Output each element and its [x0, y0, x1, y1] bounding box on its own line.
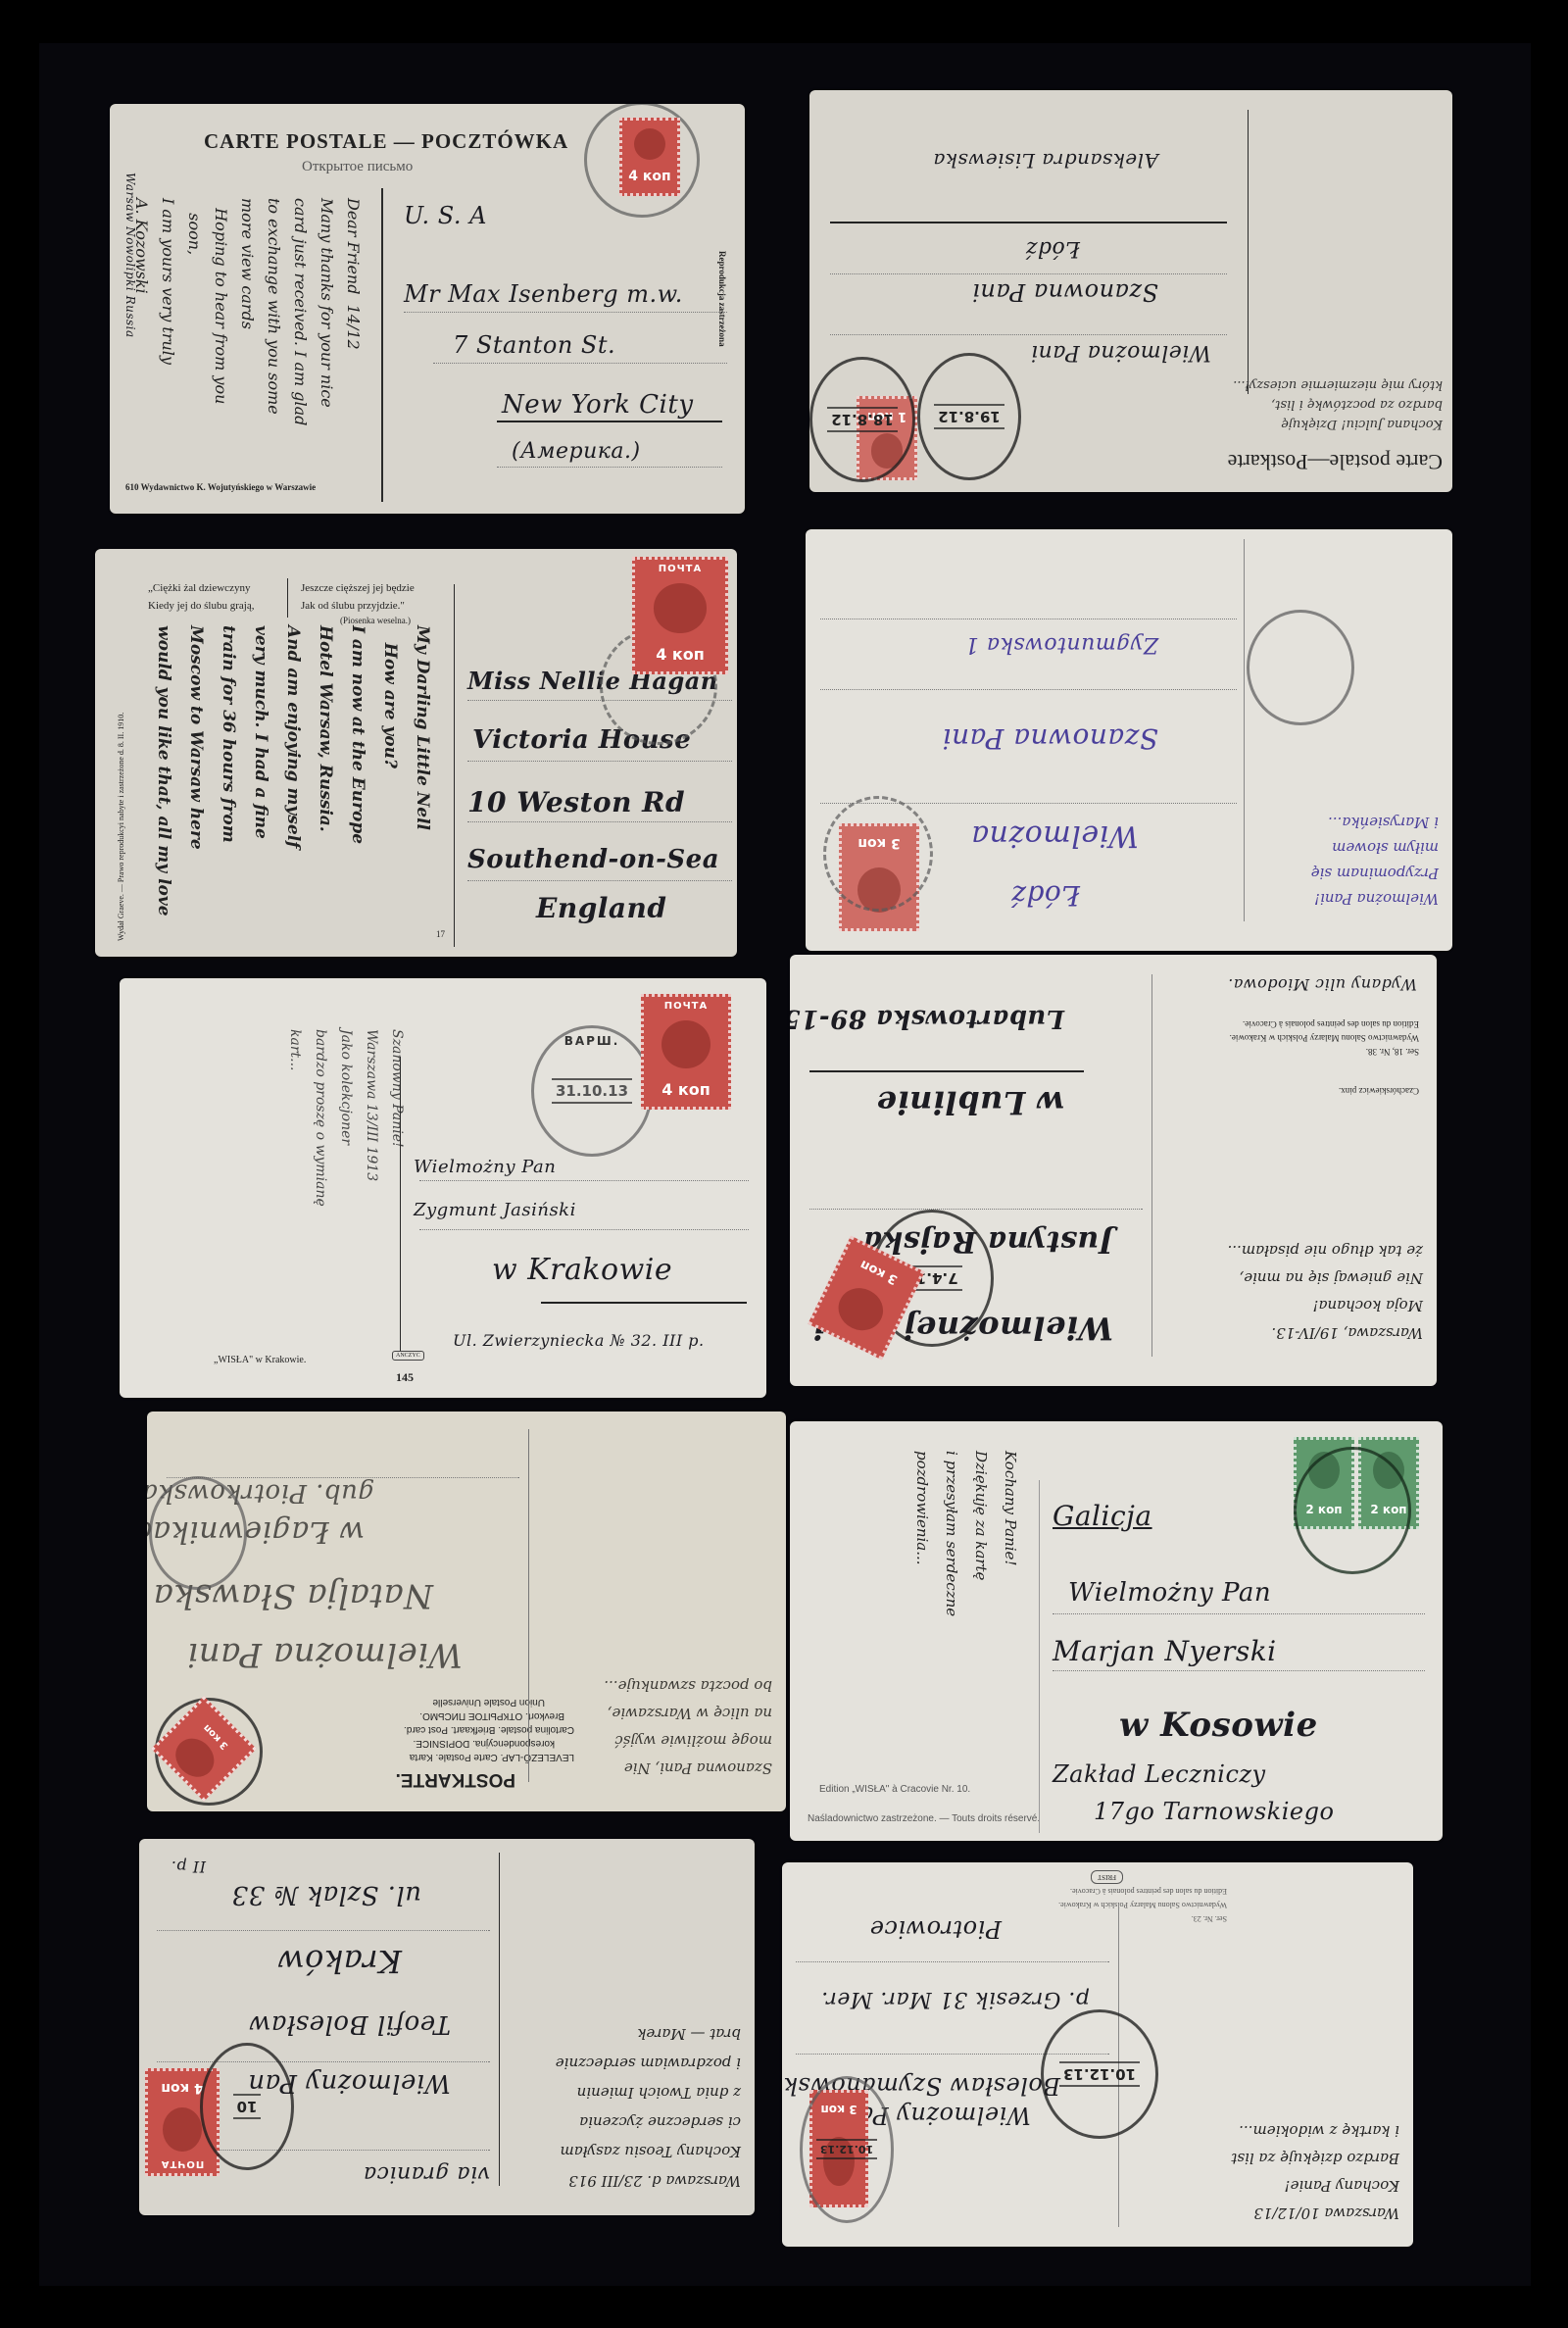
- printed-edition: Edition du salon des peintres polonais à…: [1243, 1019, 1419, 1029]
- side-print: Reprodukcja zastrzeżona: [717, 251, 727, 347]
- address-line-1: Wielmożna Pani: [1031, 340, 1211, 365]
- postcard-3: „Ciężki żal dziewczyny Kiedy jej do ślub…: [95, 549, 737, 957]
- address-line-4: Ul. Zwierzyniecka № 32. III p.: [453, 1331, 705, 1350]
- address-line: [1053, 1670, 1425, 1671]
- address-line-3: w Lublinie: [876, 1084, 1064, 1121]
- address-line: [830, 334, 1227, 335]
- eagle-emblem-icon: [832, 1281, 890, 1337]
- handwritten-message: Szanowna Pani, Nie mogę możliwie wyjść n…: [604, 1672, 772, 1782]
- address-region: (Америка.): [512, 439, 641, 464]
- card-header: CARTE POSTALE — POCZTÓWKA: [204, 129, 568, 154]
- stamp-value: 4 коп: [656, 642, 705, 671]
- card-header: POSTKARTE.: [396, 1768, 515, 1790]
- postcard-5: Szanowny Panie! Warszawa 13/III 1913 Jak…: [120, 978, 766, 1398]
- card-divider: [454, 584, 455, 947]
- address-street: 7 Stanton St.: [453, 331, 615, 359]
- portrait-icon: [661, 1020, 710, 1068]
- address-line-2: Teofil Bolesław: [249, 2009, 451, 2039]
- address-line: [541, 1302, 747, 1304]
- eagle-emblem-icon: [634, 128, 665, 161]
- card-divider: [528, 1429, 529, 1782]
- address-line-4: Zakład Leczniczy: [1053, 1760, 1266, 1788]
- address-line-3: w Kosowie: [1119, 1706, 1318, 1745]
- postmark-2: 19.8.12: [917, 353, 1021, 480]
- postmark-date: 18.8.12: [827, 407, 898, 432]
- address-line-2: Szanowna Pani: [972, 278, 1158, 306]
- address-name: Mr Max Isenberg m.w.: [404, 280, 683, 308]
- address-line: [467, 880, 732, 881]
- quote-source: (Piosenka weselna.): [340, 616, 411, 625]
- postcard-4: Wielmożna Pani! Przypominam się miłym sł…: [806, 529, 1452, 951]
- address-line-2: Zygmunt Jasiński: [414, 1200, 576, 1220]
- corner-note: Wydany ulic Miodowa.: [1228, 975, 1417, 994]
- stamp-value: 4 коп: [161, 2071, 203, 2101]
- postcard-2: Carte postale—Postkarte Kochana Julciu! …: [809, 90, 1452, 492]
- address-country: Galicja: [1053, 1500, 1152, 1532]
- postmark-1: 10.12.13: [800, 2076, 894, 2223]
- postmark-date: 10: [233, 2094, 262, 2119]
- stamp-value: 4 коп: [661, 1077, 710, 1107]
- handwritten-message: Dear Friend 14/12 Many thanks for your n…: [128, 198, 367, 425]
- postage-stamp: 4 коп: [619, 118, 680, 196]
- quote-left-2: Kiedy jej do ślubu grają,: [148, 600, 254, 612]
- postcard-6: Ser. 18, Nr. 38. Wydawnictwo Salonu Mala…: [790, 955, 1437, 1386]
- quote-right-1: Jeszcze cięższej jej będzie: [301, 582, 415, 594]
- printed-publisher: Wydawnictwo Salonu Malarzy Polskich w Kr…: [1058, 1901, 1227, 1909]
- address-line-4: Aleksandra Lisiewska: [933, 149, 1158, 173]
- postmark-date: 31.10.13: [552, 1078, 632, 1104]
- address-line: [419, 1229, 749, 1230]
- postmark-city: ВАРШ.: [534, 1034, 650, 1048]
- postmark: 10: [200, 2043, 294, 2170]
- address-line: [433, 363, 727, 364]
- address-street: 10 Weston Rd: [467, 786, 685, 818]
- card-subheader: Открытое письмо: [302, 159, 413, 175]
- postmark-date: 19.8.12: [934, 404, 1004, 429]
- handwritten-message: Kochany Panie! Dziękuję za kartę i przes…: [907, 1451, 1025, 1616]
- address-line-3: Szanowna Pani: [942, 722, 1158, 755]
- margin-note: Warsaw Nowolipki Russia: [123, 173, 137, 338]
- postcard-7: POSTKARTE. LEVELEZŐ-LAP. Carte Postale. …: [147, 1412, 786, 1811]
- portrait-icon: [654, 583, 706, 632]
- address-line: [796, 1961, 1109, 1962]
- handwritten-message: Warszawa, 19/IV-13. Moja kochana! Nie gn…: [1228, 1237, 1423, 1347]
- publisher-line: Edition „WISŁA" à Cracovie Nr. 10.: [819, 1784, 970, 1795]
- address-city: New York City: [502, 390, 694, 420]
- card-number: 17: [436, 929, 445, 939]
- card-header: Carte postale—Postkarte: [1228, 449, 1443, 474]
- postmark-1: [823, 796, 933, 912]
- printed-series: Ser. Nr. 23.: [1192, 1914, 1227, 1923]
- handwritten-message: Wielmożna Pani! Przypominam się miłym sł…: [1311, 810, 1439, 912]
- upu-line-1: LEVELEZŐ-LAP. Carte Postale. Karta: [410, 1752, 574, 1762]
- publisher-line: „WISŁA" w Krakowie.: [214, 1355, 306, 1365]
- postmark-2: 10.12.13: [1041, 2009, 1158, 2139]
- address-line-4: Piotrowice: [869, 1915, 1002, 1943]
- printed-edition: Edition du salon des peintres polonais à…: [1070, 1887, 1227, 1896]
- postmark: ВАРШ.31.10.13: [531, 1025, 653, 1157]
- address-line: [497, 467, 722, 468]
- quote-right-2: Jak od ślubu przyjdzie.": [301, 600, 405, 612]
- address-line-1: Wielmożny Pan: [414, 1157, 556, 1177]
- address-line-4: Zygmuntowska 1: [964, 632, 1158, 657]
- address-line: [419, 1180, 749, 1181]
- quote-left-1: „Ciężki żal dziewczyny: [148, 582, 250, 594]
- card-divider: [400, 1057, 401, 1351]
- address-line: [1053, 1613, 1425, 1614]
- postmark-2: [149, 1476, 247, 1590]
- publisher-line: 610 Wydawnictwo K. Wojutyńskiego w Warsz…: [125, 482, 316, 492]
- address-line-4: Lubartowska 89-15: [790, 1004, 1064, 1033]
- handwritten-message: Warszawa d. 23/III 913 Kochany Teosiu za…: [556, 2019, 741, 2196]
- address-line: [820, 689, 1237, 690]
- address-country: England: [536, 892, 667, 924]
- postmark-1: 18.8.12: [809, 357, 915, 482]
- handwritten-message: Kochana Julciu! Dziękuję bardzo za poczt…: [1233, 374, 1443, 433]
- card-divider: [1244, 539, 1245, 921]
- address-line-3: Kraków: [277, 1943, 402, 1980]
- address-line-3: w Krakowie: [492, 1253, 672, 1287]
- printed-artist: Czachórskiewicz pinx.: [1339, 1086, 1419, 1096]
- postcard-10: Ser. Nr. 23. Wydawnictwo Salonu Malarzy …: [782, 1862, 1413, 2247]
- stamp-top: ПОЧТА: [659, 560, 703, 574]
- printed-publisher: Wydawnictwo Salonu Malarzy Polskich w Kr…: [1230, 1033, 1419, 1043]
- address-line: [830, 273, 1227, 274]
- address-line-1: Wielmożna: [971, 818, 1139, 853]
- address-line: [157, 1930, 490, 1931]
- address-line: [497, 421, 722, 422]
- card-divider: [1151, 974, 1152, 1357]
- card-divider: [1039, 1480, 1040, 1833]
- postmark-date: 10.12.13: [816, 2140, 877, 2160]
- address-line-3: p. Grzesik 31 Mar. Mer.: [821, 1987, 1090, 2011]
- card-number: 145: [396, 1370, 414, 1385]
- address-line: [820, 619, 1237, 619]
- address-line-1: Wielmożny Pan: [1068, 1578, 1271, 1608]
- stamp-top: ПОЧТА: [161, 2158, 205, 2173]
- address-line: [830, 222, 1227, 223]
- postmark: [1294, 1447, 1411, 1574]
- handwritten-message: Warszawa 10/12/13 Kochany Panie! Bardzo …: [1231, 2117, 1399, 2227]
- postmark-date: 10.12.13: [1059, 2061, 1140, 2087]
- stamp-top: ПОЧТА: [664, 997, 709, 1012]
- portrait-icon: [163, 2107, 203, 2153]
- card-divider: [1248, 110, 1249, 394]
- postmark-2: [1247, 610, 1354, 725]
- quote-divider: [287, 578, 288, 618]
- upu-line-2: korespondencyjna. DOPISNICE.: [413, 1738, 555, 1749]
- address-country: U. S. A: [404, 202, 487, 229]
- via-note: via granica: [364, 2161, 490, 2186]
- corner-mark: II p.: [171, 1857, 206, 1876]
- postage-stamp: ПОЧТА4 коп: [641, 994, 731, 1110]
- address-city: Southend-on-Sea: [467, 845, 719, 874]
- address-line: [467, 761, 732, 762]
- address-line-3: Łódź: [1025, 236, 1080, 261]
- address-line: [809, 1209, 1143, 1210]
- printed-series: Ser. 18, Nr. 38.: [1366, 1047, 1419, 1057]
- stamp-value: 4 коп: [628, 164, 670, 193]
- card-divider: [499, 1853, 500, 2186]
- address-line-2: Marjan Nyerski: [1053, 1635, 1277, 1667]
- address-line: [157, 2061, 490, 2062]
- postcard-1: CARTE POSTALE — POCZTÓWKA Открытое письм…: [110, 104, 745, 514]
- upu-line-4: Brevkort. ОТКРЫТОЕ ПИСЬМО.: [419, 1710, 564, 1721]
- publisher-logo: ANCZYC: [392, 1351, 424, 1361]
- address-line-2: Łódź: [1011, 879, 1080, 912]
- address-line-1: Wielmożna Pani: [187, 1635, 463, 1674]
- rights-line: Naśladownictwo zastrzeżone. — Touts droi…: [808, 1813, 1040, 1824]
- address-line: [404, 312, 727, 313]
- upu-line-3: Cartolina postale. Briefkaart. Post card…: [404, 1724, 574, 1735]
- address-line-5: 17go Tarnowskiego: [1094, 1798, 1334, 1825]
- address-line: [467, 821, 732, 822]
- address-line: [809, 1070, 1084, 1072]
- postage-stamp: ПОЧТА4 коп: [632, 557, 728, 674]
- publisher-logo: FRIST: [1091, 1870, 1123, 1884]
- address-line-4: ul. Szlak № 33: [231, 1880, 421, 1909]
- handwritten-message: Szanowny Panie! Warszawa 13/III 1913 Jak…: [282, 1029, 410, 1207]
- handwritten-message: My Darling Little Nell How are you? I am…: [147, 625, 438, 916]
- side-print: Wydał Graeve. — Prawo reprodukcyi nabyte…: [117, 713, 125, 941]
- card-divider: [381, 188, 383, 502]
- postcard-9: Warszawa d. 23/III 913 Kochany Teosiu za…: [139, 1839, 755, 2215]
- postcard-8: Kochany Panie! Dziękuję za kartę i przes…: [790, 1421, 1443, 1841]
